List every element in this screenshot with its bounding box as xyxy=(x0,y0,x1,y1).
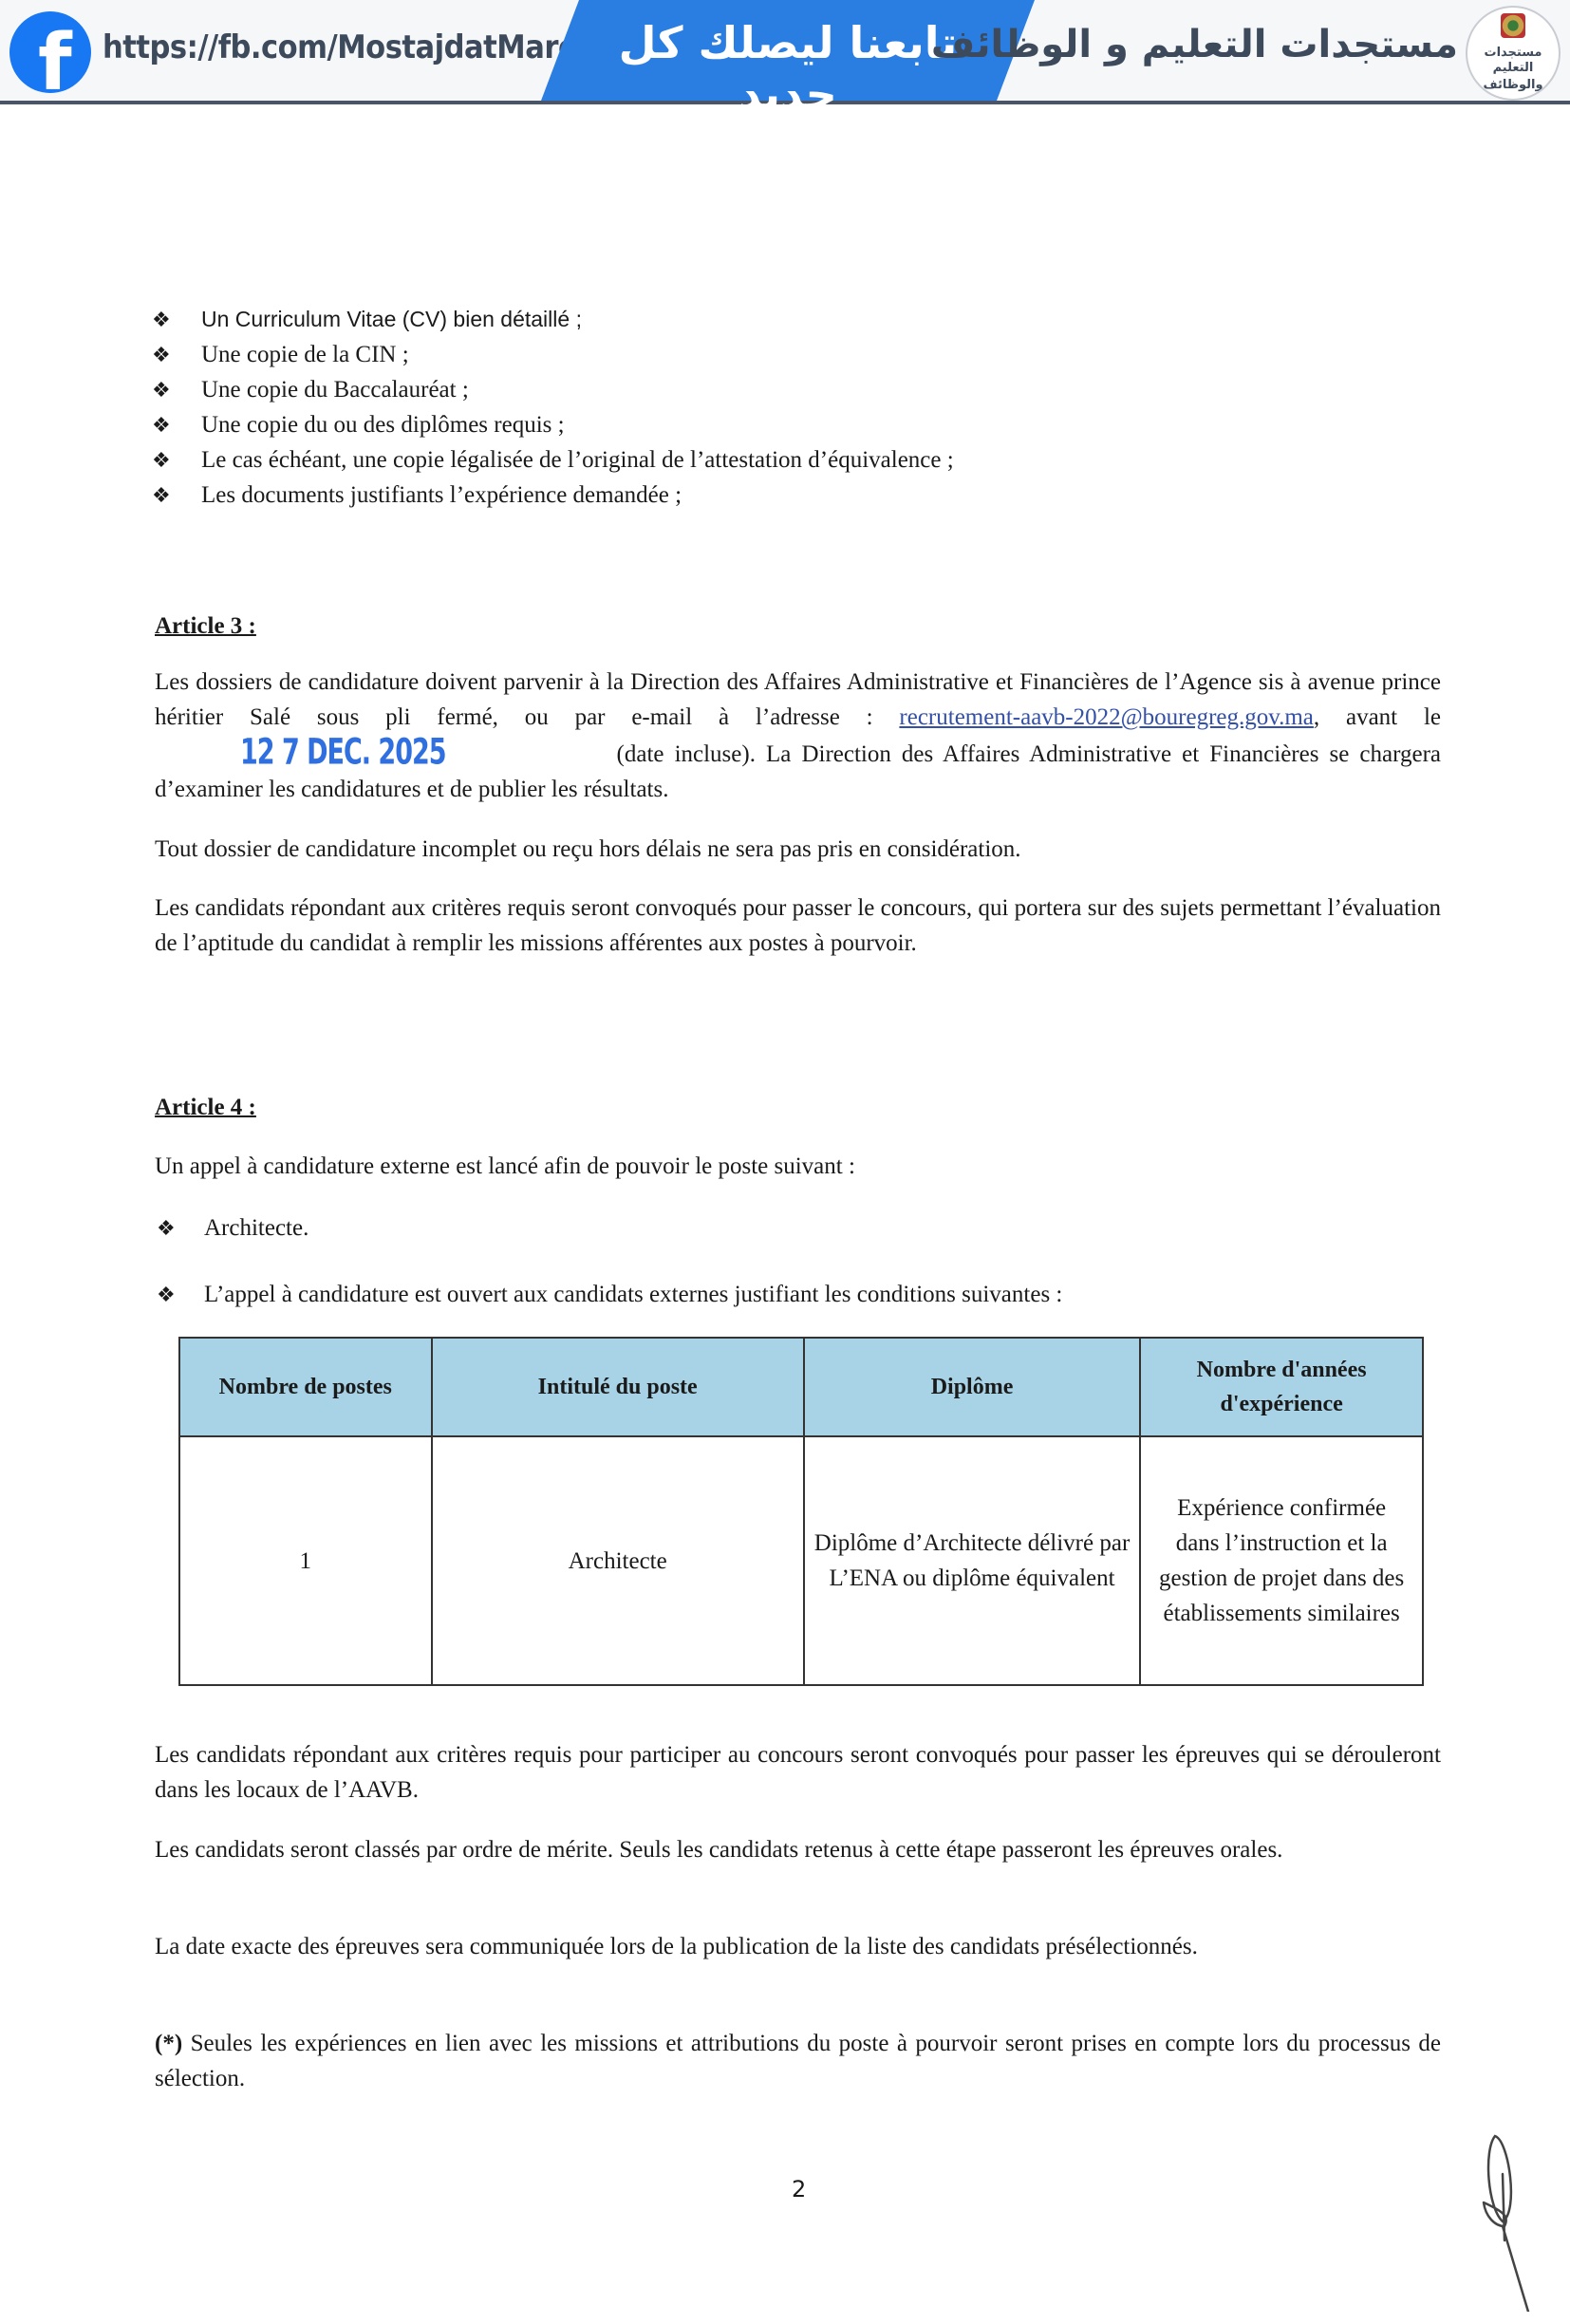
column-header: Diplôme xyxy=(804,1338,1140,1436)
post-bullet: ❖Architecte. xyxy=(157,1215,308,1242)
table-cell: 1 xyxy=(179,1436,432,1685)
date-stamp: 12 7 DEC. 2025 xyxy=(240,730,446,774)
facebook-icon[interactable]: f xyxy=(9,11,91,93)
table-header-row: Nombre de postes Intitulé du poste Diplô… xyxy=(179,1338,1423,1436)
article-3-paragraph-1: Les dossiers de candidature doivent parv… xyxy=(155,665,1441,807)
requirements-table: Nombre de postes Intitulé du poste Diplô… xyxy=(178,1337,1424,1686)
list-item: ❖Une copie du Baccalauréat ; xyxy=(152,372,1386,407)
article-3-heading: Article 3 : xyxy=(155,613,256,640)
site-logo: مستجدات التعليم والوظائف xyxy=(1466,6,1561,101)
column-header: Nombre d'années d'expérience xyxy=(1140,1338,1423,1436)
logo-text-line2: والوظائف xyxy=(1467,78,1559,93)
logo-text-line1: مستجدات التعليم xyxy=(1467,46,1559,76)
diamond-bullet-icon: ❖ xyxy=(152,478,201,513)
list-item: ❖Une copie de la CIN ; xyxy=(152,337,1386,372)
diamond-bullet-icon: ❖ xyxy=(152,337,201,372)
column-header: Nombre de postes xyxy=(179,1338,432,1436)
list-item: ❖Le cas échéant, une copie légalisée de … xyxy=(152,442,1386,478)
article-3-paragraph-3: Les candidats répondant aux critères req… xyxy=(155,890,1441,961)
article-4-paragraph-1: Les candidats répondant aux critères req… xyxy=(155,1737,1441,1808)
required-documents-list: ❖Un Curriculum Vitae (CV) bien détaillé … xyxy=(152,302,1386,513)
table-cell: Architecte xyxy=(432,1436,804,1685)
note-marker: (*) xyxy=(155,2031,182,2056)
page-number: 2 xyxy=(792,2176,806,2202)
article-4-paragraph-2: Les candidats seront classés par ordre d… xyxy=(155,1832,1441,1867)
column-header: Intitulé du poste xyxy=(432,1338,804,1436)
diamond-bullet-icon: ❖ xyxy=(152,407,201,442)
table-cell: Expérience confirmée dans l’instruction … xyxy=(1140,1436,1423,1685)
list-item: ❖Les documents justifiants l’expérience … xyxy=(152,478,1386,513)
conditions-bullet: ❖L’appel à candidature est ouvert aux ca… xyxy=(157,1282,1062,1308)
article-4-heading: Article 4 : xyxy=(155,1095,256,1121)
diamond-bullet-icon: ❖ xyxy=(152,442,201,478)
facebook-url-link[interactable]: https://fb.com/MostajdatMaroc xyxy=(103,28,594,66)
article-3-paragraph-2: Tout dossier de candidature incomplet ou… xyxy=(155,832,1441,867)
table-row: 1 Architecte Diplôme d’Architecte délivr… xyxy=(179,1436,1423,1685)
article-4-intro: Un appel à candidature externe est lancé… xyxy=(155,1149,1441,1184)
article-4-paragraph-3: La date exacte des épreuves sera communi… xyxy=(155,1929,1441,1964)
list-item: ❖Un Curriculum Vitae (CV) bien détaillé … xyxy=(152,302,1386,337)
site-title: مستجدات التعليم و الوظائف xyxy=(931,23,1458,66)
email-link[interactable]: recrutement-aavb-2022@bouregreg.gov.ma xyxy=(899,704,1314,730)
header-banner: f https://fb.com/MostajdatMaroc تابعنا ل… xyxy=(0,0,1570,104)
coat-of-arms-icon xyxy=(1501,13,1525,38)
article-4-note: (*) Seules les expériences en lien avec … xyxy=(155,2026,1441,2096)
diamond-bullet-icon: ❖ xyxy=(157,1216,204,1241)
diamond-bullet-icon: ❖ xyxy=(157,1283,204,1307)
signature-icon xyxy=(1476,2122,1561,2312)
list-item: ❖Une copie du ou des diplômes requis ; xyxy=(152,407,1386,442)
table-cell: Diplôme d’Architecte délivré par L’ENA o… xyxy=(804,1436,1140,1685)
diamond-bullet-icon: ❖ xyxy=(152,302,201,337)
diamond-bullet-icon: ❖ xyxy=(152,372,201,407)
